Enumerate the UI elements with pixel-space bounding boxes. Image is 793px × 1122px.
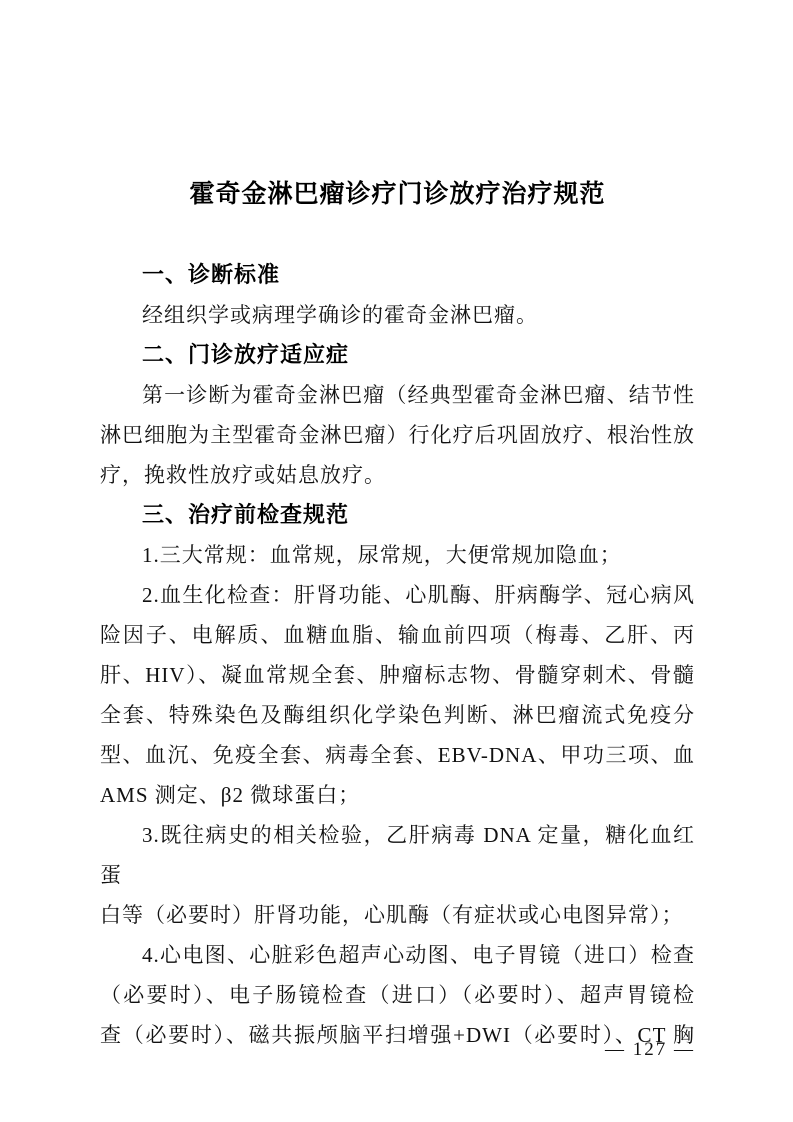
text-line: 第一诊断为霍奇金淋巴瘤（经典型霍奇金淋巴瘤、结节性	[100, 375, 695, 415]
section-heading: 三、治疗前检查规范	[100, 495, 695, 535]
page-footer: — 127 —	[605, 1038, 695, 1062]
document-body: 一、诊断标准经组织学或病理学确诊的霍奇金淋巴瘤。二、门诊放疗适应症第一诊断为霍奇…	[100, 255, 695, 1055]
page-number: — 127 —	[605, 1039, 695, 1060]
text-line: 疗，挽救性放疗或姑息放疗。	[100, 455, 695, 495]
document-page: 霍奇金淋巴瘤诊疗门诊放疗治疗规范 一、诊断标准经组织学或病理学确诊的霍奇金淋巴瘤…	[0, 0, 793, 1122]
text-line: 3.既往病史的相关检验，乙肝病毒 DNA 定量，糖化血红蛋	[100, 815, 695, 895]
text-line: 淋巴细胞为主型霍奇金淋巴瘤）行化疗后巩固放疗、根治性放	[100, 415, 695, 455]
text-line: 白等（必要时）肝肾功能，心肌酶（有症状或心电图异常）；	[100, 895, 695, 935]
text-line: （必要时）、电子肠镜检查（进口）（必要时）、超声胃镜检	[100, 975, 695, 1015]
text-line: 经组织学或病理学确诊的霍奇金淋巴瘤。	[100, 295, 695, 335]
document-title: 霍奇金淋巴瘤诊疗门诊放疗治疗规范	[100, 178, 695, 212]
text-line: 肝、HIV）、凝血常规全套、肿瘤标志物、骨髓穿刺术、骨髓	[100, 655, 695, 695]
section-heading: 二、门诊放疗适应症	[100, 335, 695, 375]
text-line: AMS 测定、β2 微球蛋白；	[100, 775, 695, 815]
text-line: 4.心电图、心脏彩色超声心动图、电子胃镜（进口）检查	[100, 935, 695, 975]
section-heading: 一、诊断标准	[100, 255, 695, 295]
text-line: 2.血生化检查：肝肾功能、心肌酶、肝病酶学、冠心病风	[100, 575, 695, 615]
text-line: 1.三大常规：血常规，尿常规，大便常规加隐血；	[100, 535, 695, 575]
text-line: 型、血沉、免疫全套、病毒全套、EBV-DNA、甲功三项、血	[100, 735, 695, 775]
text-line: 全套、特殊染色及酶组织化学染色判断、淋巴瘤流式免疫分	[100, 695, 695, 735]
text-line: 险因子、电解质、血糖血脂、输血前四项（梅毒、乙肝、丙	[100, 615, 695, 655]
